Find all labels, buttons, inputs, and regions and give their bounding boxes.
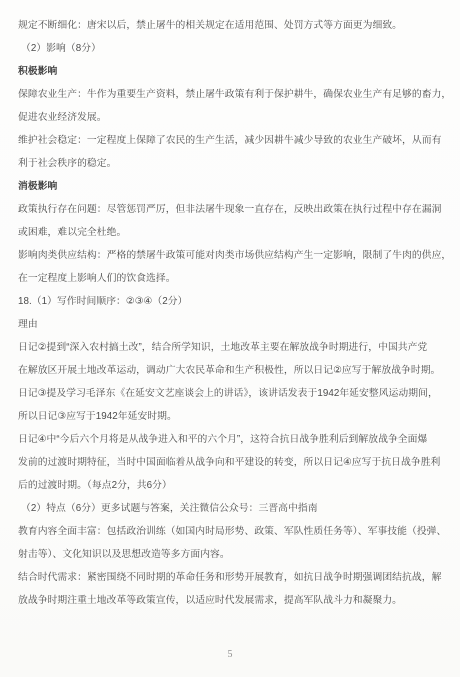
doc-line: 促进农业经济发展。 [18,106,447,129]
doc-line: 发前的过渡时期特征，当时中国面临着从战争向和平建设的转变，所以日记④应写于抗日战… [18,451,447,474]
document-page: 规定不断细化：唐宋以后，禁止屠牛的相关规定在适用范围、处罚方式等方面更为细致。 … [0,0,460,677]
doc-line: 所以日记③应写于1942年延安时期。 [18,405,447,428]
doc-line: 维护社会稳定：一定程度上保障了农民的生产生活，减少因耕牛减少导致的农业生产破坏，… [18,129,447,152]
doc-line: 射击等）、文化知识以及思想改造等多方面内容。 [18,543,447,566]
doc-line: 日记③提及学习毛泽东《在延安文艺座谈会上的讲话》，该讲话发表于1942年延安整风… [18,382,447,405]
doc-line: 政策执行存在问题：尽管惩罚严厉，但非法屠牛现象一直存在，反映出政策在执行过程中存… [18,198,447,221]
heading-negative-impact: 消极影响 [18,175,447,198]
doc-line: 在一定程度上影响人们的饮食选择。 [18,267,447,290]
reason-label: 理由 [18,313,447,336]
doc-line-part2-features: （2）特点（6分）更多试题与答案，关注微信公众号：三晋高中指南 [18,497,447,520]
doc-line: 日记④中“今后六个月将是从战争进入和平的六个月”，这符合抗日战争胜利后到解放战争… [18,428,447,451]
document-text-block: 规定不断细化：唐宋以后，禁止屠牛的相关规定在适用范围、处罚方式等方面更为细致。 … [18,14,447,612]
doc-line: 规定不断细化：唐宋以后，禁止屠牛的相关规定在适用范围、处罚方式等方面更为细致。 [18,14,447,37]
doc-line: 放战争时期注重土地改革等政策宣传，以适应时代发展需求，提高军队战斗力和凝聚力。 [18,589,447,612]
doc-line: 教育内容全面丰富：包括政治训练（如国内时局形势、政策、军队性质任务等）、军事技能… [18,520,447,543]
doc-line: 保障农业生产：牛作为重要生产资料，禁止屠牛政策有利于保护耕牛，确保农业生产有足够… [18,83,447,106]
heading-positive-impact: 积极影响 [18,60,447,83]
doc-line: 后的过渡时期。（每点2分，共6分） [18,474,447,497]
doc-line-part2-influence: （2）影响（8分） [18,37,447,60]
page-number: 5 [0,648,460,662]
doc-line: 在解放区开展土地改革运动，调动广大农民革命和生产积极性，所以日记②应写于解放战争… [18,359,447,382]
doc-line: 影响肉类供应结构：严格的禁屠牛政策可能对肉类市场供应结构产生一定影响，限制了牛肉… [18,244,447,267]
question-18-answer-start: 18.（1）写作时间顺序：②③④（2分） [18,290,447,313]
doc-line: 或困难，难以完全杜绝。 [18,221,447,244]
doc-line: 利于社会秩序的稳定。 [18,152,447,175]
doc-line: 结合时代需求：紧密围绕不同时期的革命任务和形势开展教育，如抗日战争时期强调团结抗… [18,566,447,589]
doc-line: 日记②提到“深入农村搞土改”，结合所学知识，土地改革主要在解放战争时期进行，中国… [18,336,447,359]
